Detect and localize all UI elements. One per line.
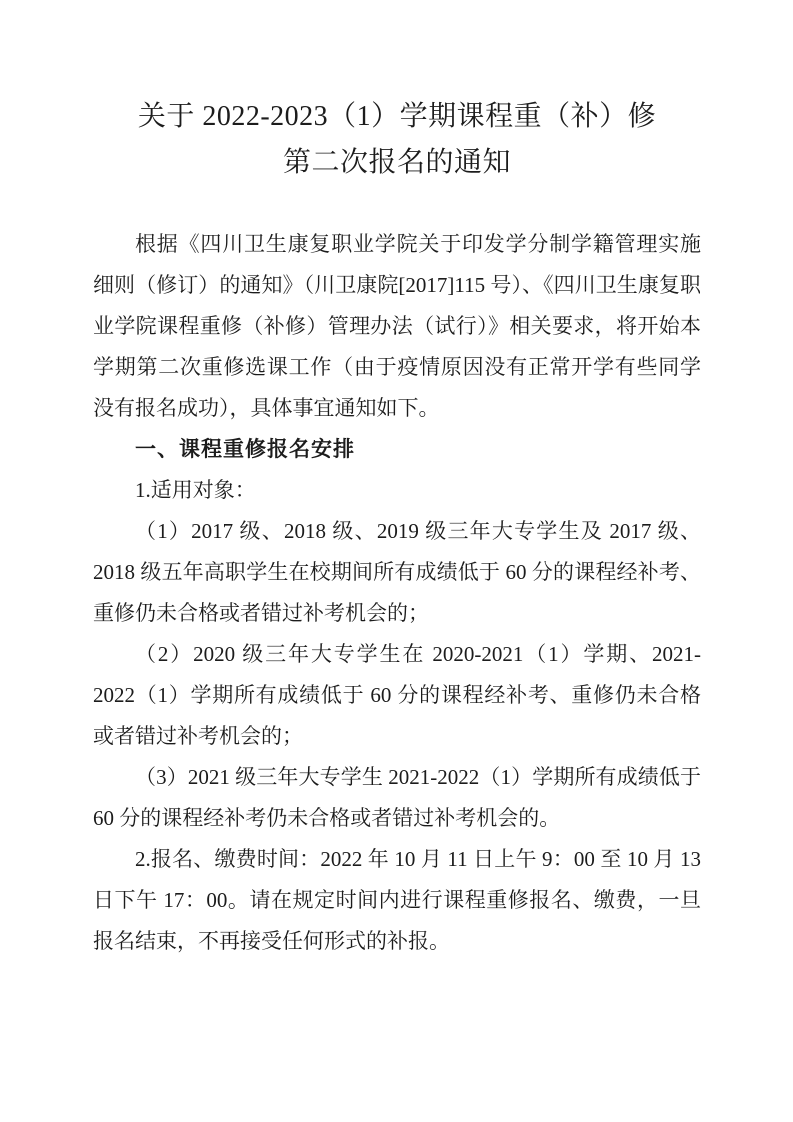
item-1-point-2: （2）2020 级三年大专学生在 2020-2021（1）学期、2021-202… [93,634,701,757]
item-2-paragraph: 2.报名、缴费时间：2022 年 10 月 11 日上午 9：00 至 10 月… [93,839,701,962]
document-page: 关于 2022-2023（1）学期课程重（补）修 第二次报名的通知 根据《四川卫… [0,0,793,1122]
document-body: 根据《四川卫生康复职业学院关于印发学分制学籍管理实施细则（修订）的通知》（川卫康… [93,224,701,962]
section-1-heading: 一、课程重修报名安排 [93,429,701,470]
intro-paragraph: 根据《四川卫生康复职业学院关于印发学分制学籍管理实施细则（修订）的通知》（川卫康… [93,224,701,429]
document-title-line-1: 关于 2022-2023（1）学期课程重（补）修 [93,94,701,140]
document-title-line-2: 第二次报名的通知 [93,140,701,186]
item-1-label: 1.适用对象： [93,470,701,511]
item-1-point-3: （3）2021 级三年大专学生 2021-2022（1）学期所有成绩低于 60 … [93,757,701,839]
document-title: 关于 2022-2023（1）学期课程重（补）修 第二次报名的通知 [93,94,701,186]
item-1-point-1: （1）2017 级、2018 级、2019 级三年大专学生及 2017 级、20… [93,511,701,634]
